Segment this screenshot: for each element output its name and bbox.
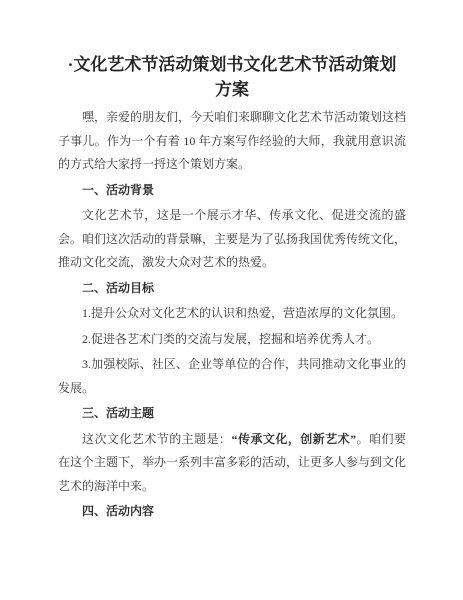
- section-heading-activity-theme: 三、活动主题: [58, 402, 406, 426]
- goal-item-1: 1.提升公众对文化艺术的认识和热爱，营造浓厚的文化氛围。: [58, 302, 406, 326]
- goal-item-3: 3.加强校际、社区、企业等单位的合作，共同推动文化事业的发展。: [58, 353, 406, 400]
- activity-theme-paragraph: 这次文化艺术节的主题是：“传承文化，创新艺术”。咱们要在这个主题下，举办一系列丰…: [58, 428, 406, 499]
- theme-text-bold: “传承文化，创新艺术”: [232, 432, 357, 446]
- section-heading-activity-content: 四、活动内容: [58, 500, 406, 524]
- section-heading-activity-background: 一、活动背景: [58, 179, 406, 203]
- section-heading-activity-goals: 二、活动目标: [58, 277, 406, 301]
- activity-background-paragraph: 文化艺术节，这是一个展示才华、传承文化、促进交流的盛会。咱们这次活动的背景嘛，主…: [58, 204, 406, 275]
- document-title: ·文化艺术节活动策划书文化艺术节活动策划方案: [66, 52, 398, 102]
- intro-paragraph: 嘿，亲爱的朋友们，今天咱们来聊聊文化艺术节活动策划这档子事儿。作为一个有着 10…: [58, 106, 406, 177]
- document-page: ·文化艺术节活动策划书文化艺术节活动策划方案 嘿，亲爱的朋友们，今天咱们来聊聊文…: [0, 0, 463, 600]
- theme-text-pre: 这次文化艺术节的主题是：: [82, 432, 232, 446]
- goal-item-2: 2.促进各艺术门类的交流与发展，挖掘和培养优秀人才。: [58, 328, 406, 352]
